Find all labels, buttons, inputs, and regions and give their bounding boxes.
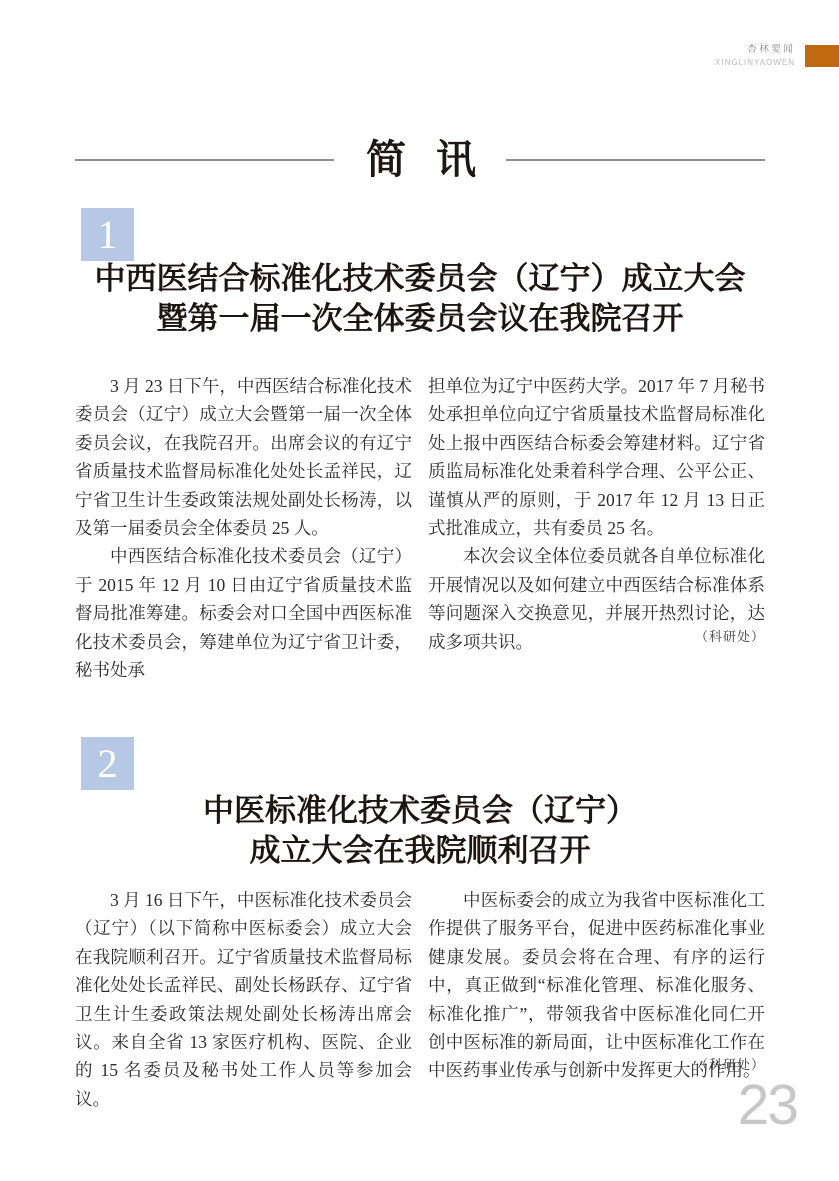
heading-rule-left xyxy=(75,159,334,161)
article2-body: 3 月 16 日下午，中医标准化技术委员会（辽宁）（以下简称中医标委会）成立大会… xyxy=(75,886,765,1113)
article2-left-column: 3 月 16 日下午，中医标准化技术委员会（辽宁）（以下简称中医标委会）成立大会… xyxy=(75,886,412,1113)
article1-title: 中西医结合标准化技术委员会（辽宁）成立大会 暨第一届一次全体委员会议在我院召开 xyxy=(40,259,800,339)
article2-closing-block: 中医标委会的成立为我省中医标准化工作提供了服务平台，促进中医药标准化事业健康发展… xyxy=(428,886,765,1085)
category-label-en: XINGLINYAOWEN xyxy=(715,58,795,67)
category-label-cn: 杏林要闻 xyxy=(715,40,795,55)
article1-body: 3 月 23 日下午，中西医结合标准化技术委员会（辽宁）成立大会暨第一届一次全体… xyxy=(75,372,765,684)
article2-title-line2: 成立大会在我院顺利召开 xyxy=(40,831,800,871)
article1-number-badge: 1 xyxy=(81,208,134,261)
article2-number-badge: 2 xyxy=(81,737,134,790)
article1-title-line1: 中西医结合标准化技术委员会（辽宁）成立大会 xyxy=(40,259,800,299)
article2-title: 中医标准化技术委员会（辽宁） 成立大会在我院顺利召开 xyxy=(40,791,800,871)
article2-paragraph-1: 3 月 16 日下午，中医标准化技术委员会（辽宁）（以下简称中医标委会）成立大会… xyxy=(75,886,412,1113)
article1-right-column: 担单位为辽宁中医药大学。2017 年 7 月秘书处承担单位向辽宁省质量技术监督局… xyxy=(428,372,765,684)
section-heading: 简 讯 xyxy=(75,136,765,184)
article1-paragraph-1: 3 月 23 日下午，中西医结合标准化技术委员会（辽宁）成立大会暨第一届一次全体… xyxy=(75,372,412,542)
article1-paragraph-2-right: 担单位为辽宁中医药大学。2017 年 7 月秘书处承担单位向辽宁省质量技术监督局… xyxy=(428,372,765,542)
article1-attribution: （科研处） xyxy=(695,623,765,651)
article1-closing-block: 本次会议全体位委员就各自单位标准化开展情况以及如何建立中西医结合标准体系等问题深… xyxy=(428,542,765,656)
page-header: 杏林要闻 XINGLINYAOWEN xyxy=(715,40,795,67)
accent-block xyxy=(805,45,839,67)
section-title: 简 讯 xyxy=(366,140,486,180)
article1-title-line2: 暨第一届一次全体委员会议在我院召开 xyxy=(40,299,800,339)
article2-right-column: 中医标委会的成立为我省中医标准化工作提供了服务平台，促进中医药标准化事业健康发展… xyxy=(428,886,765,1113)
page-number: 23 xyxy=(738,1072,797,1138)
article1-left-column: 3 月 23 日下午，中西医结合标准化技术委员会（辽宁）成立大会暨第一届一次全体… xyxy=(75,372,412,684)
article1-paragraph-2-left: 中西医结合标准化技术委员会（辽宁）于 2015 年 12 月 10 日由辽宁省质… xyxy=(75,542,412,684)
article2-title-line1: 中医标准化技术委员会（辽宁） xyxy=(40,791,800,831)
heading-rule-right xyxy=(506,159,765,161)
